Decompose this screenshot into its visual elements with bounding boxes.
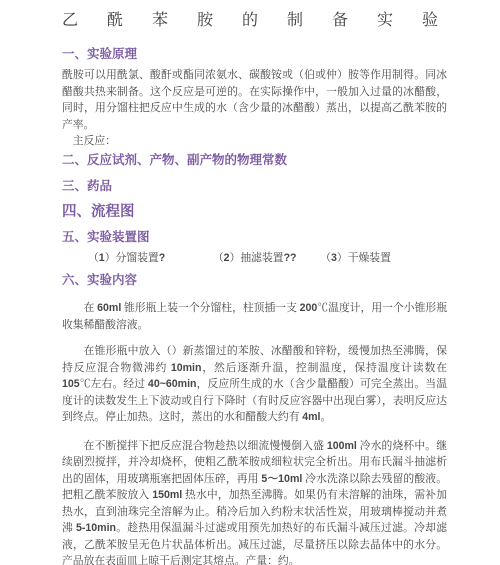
heading-flowchart: 四、流程图	[62, 203, 447, 221]
heading-apparatus-diagram: 五、实验装置图	[62, 229, 447, 245]
content-paragraph-reaction: 在锥形瓶中放入（）新蒸馏过的苯胺、冰醋酸和锌粉，缓慢加热至沸腾，保持反应混合物微…	[62, 343, 447, 426]
device-item-suction-filtration: （2）抽滤装置??	[213, 250, 297, 267]
content-paragraph-workup: 在不断搅拌下把反应混合物趁热以细流慢慢倒入盛 100ml 冷水的烧杯中。继续剧烈…	[62, 438, 447, 565]
principle-paragraph: 酰胺可以用酰氯、酸酐或酯同浓氨水、碳酸铵或（伯或仲）胺等作用制得。同冰醋酸共热来…	[62, 67, 447, 133]
device-item-fractionation: （1）分馏装置?	[88, 250, 165, 267]
heading-experiment-principle: 一、实验原理	[62, 46, 447, 62]
heading-experiment-content: 六、实验内容	[62, 272, 447, 288]
document-title: 乙酰苯胺的制备实验	[62, 10, 447, 32]
apparatus-device-list: （1）分馏装置? （2）抽滤装置?? （3）干燥装置	[62, 250, 447, 267]
main-reaction-label: 主反应：	[62, 133, 447, 150]
document-page: 乙酰苯胺的制备实验 一、实验原理 酰胺可以用酰氯、酸酐或酯同浓氨水、碳酸铵或（伯…	[0, 0, 500, 565]
heading-physical-constants: 二、反应试剂、产物、副产物的物理常数	[62, 152, 447, 168]
device-item-drying: （3）干燥装置	[320, 250, 391, 267]
content-paragraph-setup: 在 60ml 锥形瓶上装一个分馏柱，柱顶插一支 200℃温度计，用一个小锥形瓶收…	[62, 300, 447, 333]
heading-reagents: 三、药品	[62, 178, 447, 194]
